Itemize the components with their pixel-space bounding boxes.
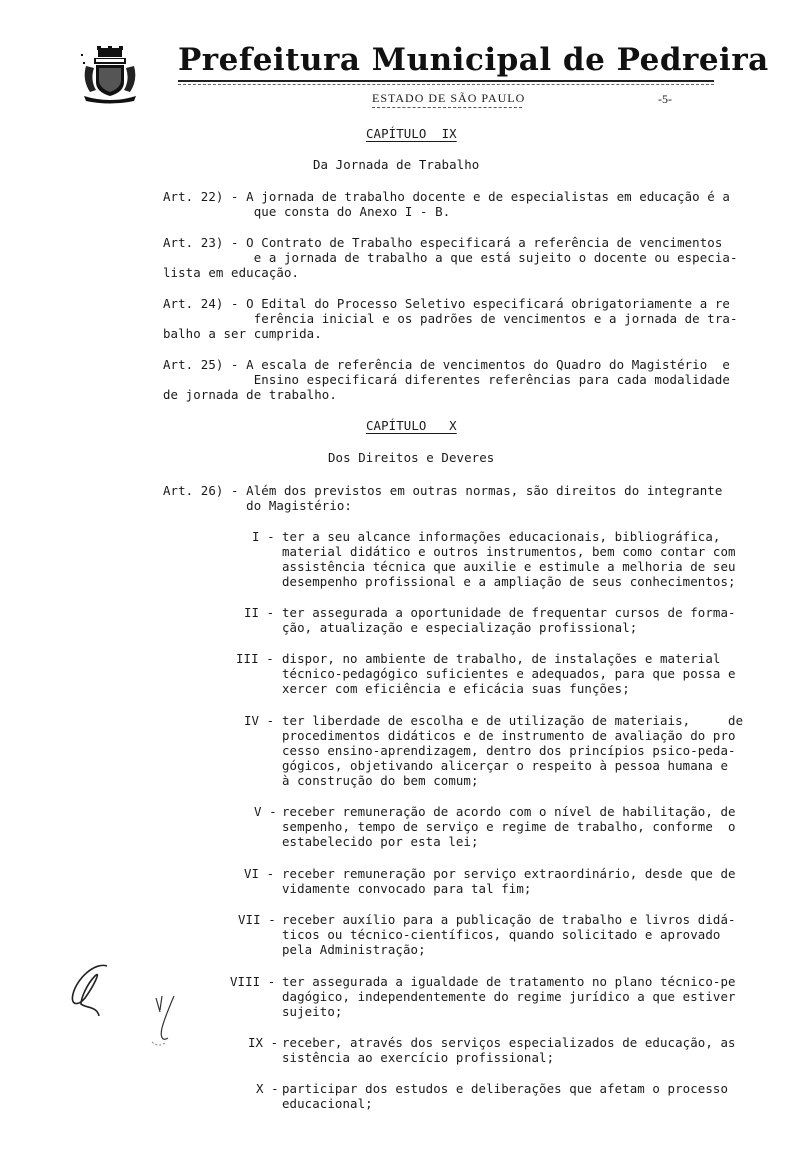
article-26-line: do Magistério: xyxy=(163,498,352,513)
article-22-line: Art. 22) - A jornada de trabalho docente… xyxy=(163,189,730,204)
handwritten-initials-icon xyxy=(55,960,125,1020)
coat-of-arms-icon xyxy=(80,46,140,104)
page-number: -5- xyxy=(658,92,672,107)
item-line: ter assegurada a oportunidade de frequen… xyxy=(282,605,736,620)
item-line: sujeito; xyxy=(282,1004,342,1019)
chapter-subtitle: Dos Direitos e Deveres xyxy=(328,450,494,465)
article-25-line: de jornada de trabalho. xyxy=(163,387,337,402)
item-numeral: IV - xyxy=(244,713,274,728)
item-line: assistência técnica que auxilie e estimu… xyxy=(282,559,736,574)
letterhead-rule-dashed xyxy=(178,84,714,85)
item-line: dagógico, independentemente do regime ju… xyxy=(282,989,736,1004)
item-line: técnico-pedagógico suficientes e adequad… xyxy=(282,666,736,681)
item-line: material didático e outros instrumentos,… xyxy=(282,544,736,559)
article-25-line: Ensino especificará diferentes referênci… xyxy=(163,372,730,387)
article-24-line: balho a ser cumprida. xyxy=(163,326,322,341)
letterhead-title: Prefeitura Municipal de Pedreira xyxy=(178,42,769,78)
article-25-line: Art. 25) - A escala de referência de ven… xyxy=(163,357,730,372)
item-numeral: II - xyxy=(244,605,274,620)
article-24-line: ferência inicial e os padrões de vencime… xyxy=(163,311,738,326)
item-line: ter liberdade de escolha e de utilização… xyxy=(282,713,743,728)
item-numeral: VI - xyxy=(244,866,274,881)
article-23-line: lista em educação. xyxy=(163,265,299,280)
article-26-line: Art. 26) - Além dos previstos em outras … xyxy=(163,483,722,498)
chapter-heading: CAPÍTULO X xyxy=(366,418,457,433)
item-numeral: I - xyxy=(252,529,275,544)
item-line: ter assegurada a igualdade de tratamento… xyxy=(282,974,736,989)
item-numeral: V - xyxy=(254,804,277,819)
item-line: ticos ou técnico-científicos, quando sol… xyxy=(282,927,720,942)
item-numeral: VIII - xyxy=(230,974,275,989)
item-line: receber, através dos serviços especializ… xyxy=(282,1035,736,1050)
item-line: procedimentos didáticos e de instrumento… xyxy=(282,728,736,743)
item-line: dispor, no ambiente de trabalho, de inst… xyxy=(282,651,720,666)
item-line: ção, atualização e especialização profis… xyxy=(282,620,637,635)
item-line: gógicos, objetivando alicerçar o respeit… xyxy=(282,758,728,773)
item-line: sempenho, tempo de serviço e regime de t… xyxy=(282,819,736,834)
chapter-subtitle: Da Jornada de Trabalho xyxy=(313,157,479,172)
state-underline xyxy=(372,107,522,108)
item-line: educacional; xyxy=(282,1096,373,1111)
item-line: pela Administração; xyxy=(282,942,426,957)
item-line: cesso ensino-aprendizagem, dentro dos pr… xyxy=(282,743,736,758)
item-line: ter a seu alcance informações educaciona… xyxy=(282,529,720,544)
item-line: participar dos estudos e deliberações qu… xyxy=(282,1081,728,1096)
item-line: sistência ao exercício profissional; xyxy=(282,1050,554,1065)
item-numeral: III - xyxy=(236,651,274,666)
item-line: receber remuneração por serviço extraord… xyxy=(282,866,736,881)
item-line: receber auxílio para a publicação de tra… xyxy=(282,912,736,927)
item-line: receber remuneração de acordo com o níve… xyxy=(282,804,736,819)
item-numeral: X - xyxy=(256,1081,279,1096)
item-numeral: VII - xyxy=(238,912,276,927)
chapter-heading: CAPÍTULO IX xyxy=(366,126,457,141)
article-24-line: Art. 24) - O Edital do Processo Seletivo… xyxy=(163,296,730,311)
article-22-line: que consta do Anexo I - B. xyxy=(163,204,450,219)
handwritten-mark-icon xyxy=(148,990,183,1050)
state-subtitle: ESTADO DE SÃO PAULO xyxy=(372,91,525,106)
item-numeral: IX - xyxy=(248,1035,278,1050)
letterhead-rule xyxy=(178,80,714,82)
item-line: à construção do bem comum; xyxy=(282,773,479,788)
item-line: vidamente convocado para tal fim; xyxy=(282,881,531,896)
item-line: desempenho profissional e a ampliação de… xyxy=(282,574,736,589)
item-line: xercer com eficiência e eficácia suas fu… xyxy=(282,681,630,696)
article-23-line: e a jornada de trabalho a que está sujei… xyxy=(163,250,738,265)
article-23-line: Art. 23) - O Contrato de Trabalho especi… xyxy=(163,235,722,250)
item-line: estabelecido por esta lei; xyxy=(282,834,479,849)
